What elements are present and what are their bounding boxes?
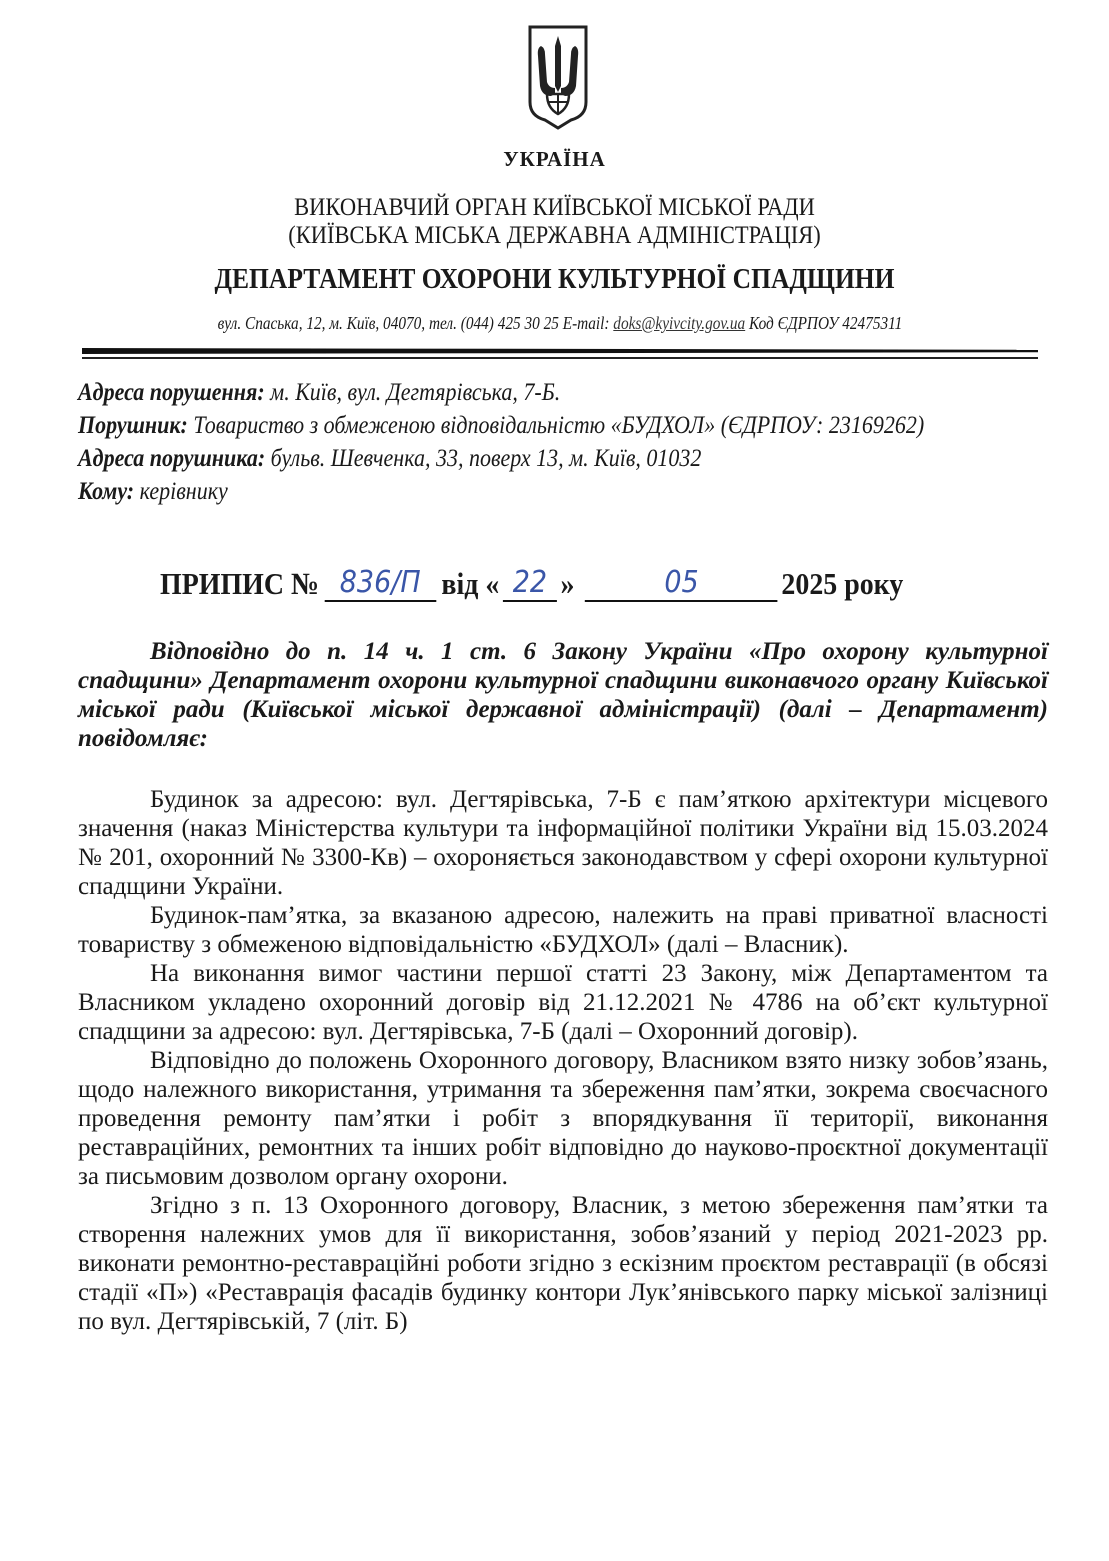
document-page: УКРАЇНА ВИКОНАВЧИЙ ОРГАН КИЇВСЬКОЇ МІСЬК… bbox=[0, 0, 1109, 1561]
violation-address-label: Адреса порушення: bbox=[78, 379, 265, 406]
violator: Товариство з обмеженою відповідальністю … bbox=[188, 412, 924, 439]
order-date-from: від « bbox=[441, 566, 499, 602]
body-paragraph: Будинок-пам’ятка, за вказаною адресою, н… bbox=[78, 901, 1048, 959]
edrpou-code: Код ЄДРПОУ 42475311 bbox=[745, 313, 902, 333]
country-name: УКРАЇНА bbox=[0, 147, 1109, 172]
preamble: Відповідно до п. 14 ч. 1 ст. 6 Закону Ук… bbox=[78, 637, 1048, 753]
violator-address-row: Адреса порушника: бульв. Шевченка, 33, п… bbox=[78, 442, 923, 475]
violation-details: Адреса порушення: м. Київ, вул. Дегтярів… bbox=[78, 376, 1038, 508]
order-day-field: 22 bbox=[503, 566, 557, 602]
document-body: Будинок за адресою: вул. Дегтярівська, 7… bbox=[78, 785, 1048, 1336]
body-paragraph: На виконання вимог частини першої статті… bbox=[78, 959, 1048, 1046]
email-link[interactable]: doks@kyivcity.gov.ua bbox=[613, 313, 745, 333]
violator-address-label: Адреса порушника: bbox=[78, 445, 265, 472]
order-year: 2025 року bbox=[781, 566, 903, 602]
contact-info: вул. Спаська, 12, м. Київ, 04070, тел. (… bbox=[152, 313, 968, 334]
order-number-field: 836/П bbox=[324, 566, 436, 602]
body-paragraph: Згідно з п. 13 Охоронного договору, Влас… bbox=[78, 1191, 1048, 1336]
header-divider-thin bbox=[82, 357, 1038, 359]
body-paragraph: Будинок за адресою: вул. Дегтярівська, 7… bbox=[78, 785, 1048, 901]
violation-address: м. Київ, вул. Дегтярівська, 7-Б. bbox=[265, 379, 561, 406]
recipient: керівнику bbox=[134, 478, 228, 505]
organization-subtitle: (КИЇВСЬКА МІСЬКА ДЕРЖАВНА АДМІНІСТРАЦІЯ) bbox=[55, 222, 1053, 250]
violation-address-row: Адреса порушення: м. Київ, вул. Дегтярів… bbox=[78, 376, 923, 409]
recipient-row: Кому: керівнику bbox=[78, 475, 923, 508]
address-phone: вул. Спаська, 12, м. Київ, 04070, тел. (… bbox=[218, 313, 614, 333]
recipient-label: Кому: bbox=[78, 478, 134, 505]
organization-name: ВИКОНАВЧИЙ ОРГАН КИЇВСЬКОЇ МІСЬКОЇ РАДИ bbox=[55, 194, 1053, 222]
violator-label: Порушник: bbox=[78, 412, 188, 439]
order-date-close-quote: » bbox=[560, 566, 574, 602]
order-title-label: ПРИПИС № bbox=[160, 566, 319, 602]
violator-address: бульв. Шевченка, 33, поверх 13, м. Київ,… bbox=[265, 445, 701, 472]
body-paragraph: Відповідно до положень Охоронного догово… bbox=[78, 1046, 1048, 1191]
order-month-field: 05 bbox=[585, 566, 778, 602]
header-divider-thick bbox=[82, 348, 1038, 354]
coat-of-arms-icon bbox=[527, 24, 589, 132]
violator-row: Порушник: Товариство з обмеженою відпові… bbox=[78, 409, 1037, 442]
order-title: ПРИПИС № 836/П від « 22 » 05 2025 року bbox=[160, 566, 903, 602]
department-name: ДЕПАРТАМЕНТ ОХОРОНИ КУЛЬТУРНОЇ СПАДЩИНИ bbox=[67, 263, 1043, 296]
